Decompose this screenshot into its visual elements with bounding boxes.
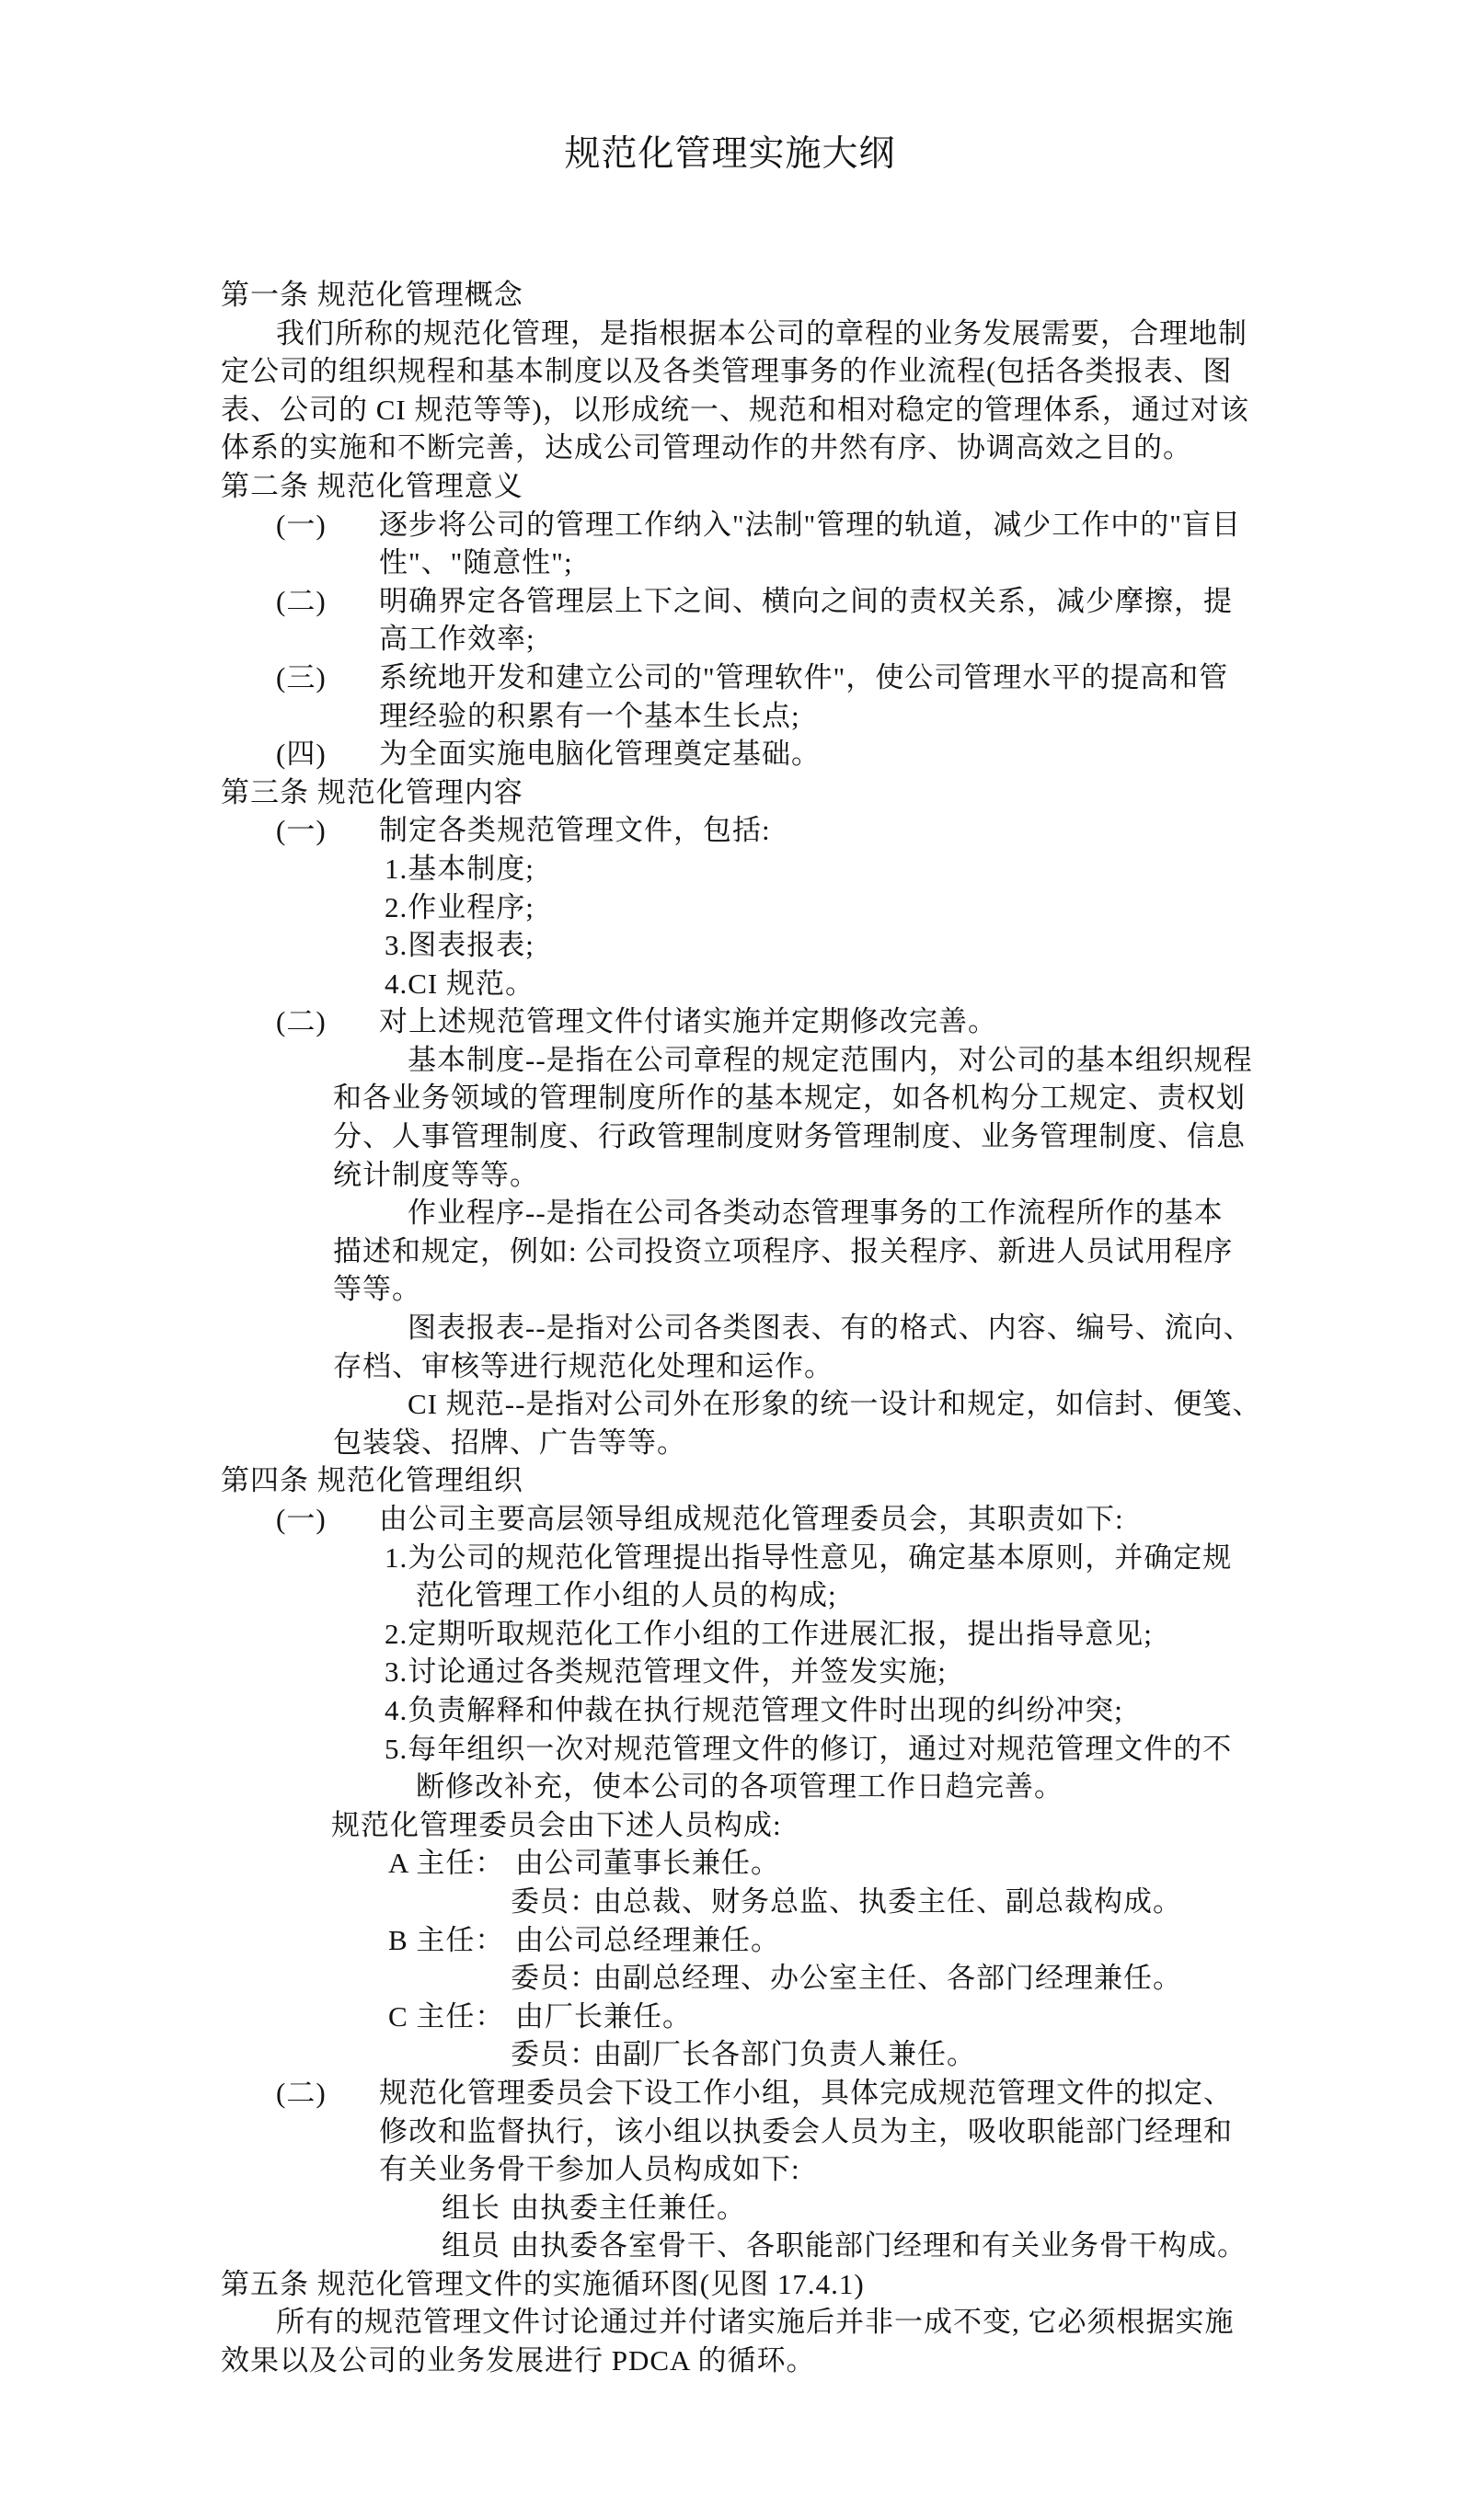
doc-line: 第五条 规范化管理文件的实施循环图(见图 17.4.1) [221,2265,1260,2304]
line-marker: (二) [276,582,327,621]
line-text: 3.讨论通过各类规范管理文件，并签发实施; [385,1653,947,1691]
line-text: CI 规范--是指对公司外在形象的统一设计和规定，如信封、便笺、 [408,1385,1261,1424]
line-text: 体系的实施和不断完善，达成公司管理动作的井然有序、协调高效之目的。 [221,429,1192,467]
line-text: 规范化管理委员会由下述人员构成: [331,1806,782,1845]
line-marker: (一) [276,506,327,544]
doc-line: 委员：由副总经理、办公室主任、各部门经理兼任。 [221,1959,1260,1998]
doc-line: (四)为全面实施电脑化管理奠定基础。 [221,735,1260,773]
line-text: 2.作业程序; [385,888,535,927]
line-text: 由执委各室骨干、各职能部门经理和有关业务骨干构成。 [511,2227,1247,2265]
line-text: 对上述规范管理文件付诸实施并定期修改完善。 [379,1002,997,1041]
line-marker: 委员： [511,1883,599,1921]
line-text: 第四条 规范化管理组织 [221,1461,523,1500]
document-title: 规范化管理实施大纲 [0,129,1460,180]
doc-line: 组员由执委各室骨干、各职能部门经理和有关业务骨干构成。 [221,2227,1260,2265]
line-marker: A 主任： [388,1844,504,1883]
doc-line: 断修改补充，使本公司的各项管理工作日趋完善。 [221,1768,1260,1806]
doc-line: 存档、审核等进行规范化处理和运作。 [221,1347,1260,1386]
line-text: 系统地开发和建立公司的"管理软件"，使公司管理水平的提高和管 [379,659,1228,697]
doc-line: 4.CI 规范。 [221,965,1260,1003]
line-text: 包装袋、招牌、广告等等。 [333,1424,686,1462]
doc-line: 范化管理工作小组的人员的构成; [221,1576,1260,1615]
line-text: 描述和规定，例如: 公司投资立项程序、报关程序、新进人员试用程序 [333,1232,1233,1271]
line-text: 修改和监督执行，该小组以执委会人员为主，吸收职能部门经理和 [379,2113,1233,2151]
line-text: 性"、"随意性"; [379,544,573,582]
doc-line: 有关业务骨干参加人员构成如下: [221,2150,1260,2189]
doc-line: 委员：由总裁、财务总监、执委主任、副总裁构成。 [221,1883,1260,1921]
line-text: 统计制度等等。 [333,1156,539,1195]
line-marker: B 主任： [388,1921,504,1960]
doc-line: 我们所称的规范化管理，是指根据本公司的章程的业务发展需要，合理地制 [221,315,1260,353]
doc-line: 组长由执委主任兼任。 [221,2189,1260,2228]
doc-line: 2.定期听取规范化工作小组的工作进展汇报，提出指导意见; [221,1615,1260,1654]
line-text: 第二条 规范化管理意义 [221,467,523,506]
doc-line: 表、公司的 CI 规范等等)，以形成统一、规范和相对稳定的管理体系，通过对该 [221,391,1260,430]
line-text: 由副厂长各部门负责人兼任。 [593,2035,976,2074]
doc-line: 第四条 规范化管理组织 [221,1461,1260,1500]
doc-line: 和各业务领域的管理制度所作的基本规定，如各机构分工规定、责权划 [221,1079,1260,1117]
doc-line: 第一条 规范化管理概念 [221,276,1260,315]
line-text: 由厂长兼任。 [515,1998,692,2036]
doc-line: 作业程序--是指在公司各类动态管理事务的工作流程所作的基本 [221,1194,1260,1232]
line-text: 逐步将公司的管理工作纳入"法制"管理的轨道，减少工作中的"盲目 [379,506,1241,544]
line-text: 由公司总经理兼任。 [515,1921,780,1960]
doc-line: (二)对上述规范管理文件付诸实施并定期修改完善。 [221,1002,1260,1041]
doc-line: (三)系统地开发和建立公司的"管理软件"，使公司管理水平的提高和管 [221,659,1260,697]
doc-line: 基本制度--是指在公司章程的规定范围内，对公司的基本组织规程 [221,1041,1260,1080]
line-marker: 组员 [442,2227,500,2265]
line-marker: (三) [276,659,327,697]
doc-line: 性"、"随意性"; [221,544,1260,582]
line-text: 有关业务骨干参加人员构成如下: [379,2150,800,2189]
doc-line: 图表报表--是指对公司各类图表、有的格式、内容、编号、流向、 [221,1309,1260,1347]
line-text: 由执委主任兼任。 [511,2189,746,2228]
line-text: 作业程序--是指在公司各类动态管理事务的工作流程所作的基本 [408,1194,1224,1232]
document-body: 第一条 规范化管理概念我们所称的规范化管理，是指根据本公司的章程的业务发展需要，… [221,276,1260,2380]
line-text: 所有的规范管理文件讨论通过并付诸实施后并非一成不变, 它必须根据实施 [276,2303,1235,2342]
doc-line: 统计制度等等。 [221,1156,1260,1195]
line-marker: (一) [276,1500,327,1539]
line-text: 图表报表--是指对公司各类图表、有的格式、内容、编号、流向、 [408,1309,1253,1347]
line-marker: (二) [276,2074,327,2113]
line-text: 等等。 [333,1270,421,1309]
doc-line: 1.基本制度; [221,850,1260,888]
doc-line: CI 规范--是指对公司外在形象的统一设计和规定，如信封、便笺、 [221,1385,1260,1424]
document-page: 规范化管理实施大纲 第一条 规范化管理概念我们所称的规范化管理，是指根据本公司的… [0,0,1460,2520]
line-text: 制定各类规范管理文件，包括: [379,811,771,850]
doc-line: 3.图表报表; [221,926,1260,965]
line-marker: (二) [276,1002,327,1041]
line-marker: 委员： [511,1959,599,1998]
line-marker: C 主任： [388,1998,504,2036]
doc-line: 第三条 规范化管理内容 [221,773,1260,812]
line-marker: (一) [276,811,327,850]
line-marker: 委员： [511,2035,599,2074]
doc-line: 体系的实施和不断完善，达成公司管理动作的井然有序、协调高效之目的。 [221,429,1260,467]
line-text: 效果以及公司的业务发展进行 PDCA 的循环。 [221,2342,815,2380]
line-text: 高工作效率; [379,620,535,659]
doc-line: 2.作业程序; [221,888,1260,927]
doc-line: (一)由公司主要高层领导组成规范化管理委员会，其职责如下: [221,1500,1260,1539]
line-text: 由副总经理、办公室主任、各部门经理兼任。 [593,1959,1182,1998]
doc-line: 1.为公司的规范化管理提出指导性意见，确定基本原则，并确定规 [221,1539,1260,1577]
line-text: 1.基本制度; [385,850,535,888]
line-text: 表、公司的 CI 规范等等)，以形成统一、规范和相对稳定的管理体系，通过对该 [221,391,1249,430]
line-text: 4.负责解释和仲裁在执行规范管理文件时出现的纠纷冲突; [385,1691,1123,1730]
line-text: 分、人事管理制度、行政管理制度财务管理制度、业务管理制度、信息 [333,1117,1246,1156]
line-text: 2.定期听取规范化工作小组的工作进展汇报，提出指导意见; [385,1615,1153,1654]
line-text: 由公司董事长兼任。 [515,1844,780,1883]
doc-line: (二)规范化管理委员会下设工作小组，具体完成规范管理文件的拟定、 [221,2074,1260,2113]
doc-line: 规范化管理委员会由下述人员构成: [221,1806,1260,1845]
doc-line: 包装袋、招牌、广告等等。 [221,1424,1260,1462]
doc-line: B 主任：由公司总经理兼任。 [221,1921,1260,1960]
doc-line: 高工作效率; [221,620,1260,659]
doc-line: C 主任：由厂长兼任。 [221,1998,1260,2036]
doc-line: 分、人事管理制度、行政管理制度财务管理制度、业务管理制度、信息 [221,1117,1260,1156]
line-text: 和各业务领域的管理制度所作的基本规定，如各机构分工规定、责权划 [333,1079,1246,1117]
doc-line: 5.每年组织一次对规范管理文件的修订，通过对规范管理文件的不 [221,1730,1260,1769]
doc-line: (二)明确界定各管理层上下之间、横向之间的责权关系，减少摩擦，提 [221,582,1260,621]
line-text: 由公司主要高层领导组成规范化管理委员会，其职责如下: [379,1500,1124,1539]
line-text: 1.为公司的规范化管理提出指导性意见，确定基本原则，并确定规 [385,1539,1232,1577]
line-text: 3.图表报表; [385,926,535,965]
doc-line: 理经验的积累有一个基本生长点; [221,697,1260,736]
doc-line: 定公司的组织规程和基本制度以及各类管理事务的作业流程(包括各类报表、图 [221,352,1260,391]
line-text: 范化管理工作小组的人员的构成; [416,1576,837,1615]
line-text: 断修改补充，使本公司的各项管理工作日趋完善。 [416,1768,1063,1806]
line-text: 第五条 规范化管理文件的实施循环图(见图 17.4.1) [221,2265,865,2304]
doc-line: 所有的规范管理文件讨论通过并付诸实施后并非一成不变, 它必须根据实施 [221,2303,1260,2342]
line-text: 第三条 规范化管理内容 [221,773,523,812]
line-text: 由总裁、财务总监、执委主任、副总裁构成。 [593,1883,1182,1921]
doc-line: 4.负责解释和仲裁在执行规范管理文件时出现的纠纷冲突; [221,1691,1260,1730]
line-marker: 组长 [442,2189,500,2228]
line-text: 理经验的积累有一个基本生长点; [379,697,800,736]
doc-line: (一)制定各类规范管理文件，包括: [221,811,1260,850]
doc-line: 描述和规定，例如: 公司投资立项程序、报关程序、新进人员试用程序 [221,1232,1260,1271]
doc-line: 修改和监督执行，该小组以执委会人员为主，吸收职能部门经理和 [221,2113,1260,2151]
doc-line: A 主任：由公司董事长兼任。 [221,1844,1260,1883]
line-marker: (四) [276,735,327,773]
doc-line: 效果以及公司的业务发展进行 PDCA 的循环。 [221,2342,1260,2380]
doc-line: 等等。 [221,1270,1260,1309]
doc-line: (一)逐步将公司的管理工作纳入"法制"管理的轨道，减少工作中的"盲目 [221,506,1260,544]
doc-line: 第二条 规范化管理意义 [221,467,1260,506]
doc-line: 委员：由副厂长各部门负责人兼任。 [221,2035,1260,2074]
line-text: 基本制度--是指在公司章程的规定范围内，对公司的基本组织规程 [408,1041,1253,1080]
line-text: 第一条 规范化管理概念 [221,276,523,315]
doc-line: 3.讨论通过各类规范管理文件，并签发实施; [221,1653,1260,1691]
line-text: 定公司的组织规程和基本制度以及各类管理事务的作业流程(包括各类报表、图 [221,352,1232,391]
line-text: 明确界定各管理层上下之间、横向之间的责权关系，减少摩擦，提 [379,582,1233,621]
line-text: 我们所称的规范化管理，是指根据本公司的章程的业务发展需要，合理地制 [276,315,1247,353]
line-text: 为全面实施电脑化管理奠定基础。 [379,735,821,773]
line-text: 5.每年组织一次对规范管理文件的修订，通过对规范管理文件的不 [385,1730,1232,1769]
line-text: 存档、审核等进行规范化处理和运作。 [333,1347,833,1386]
line-text: 规范化管理委员会下设工作小组，具体完成规范管理文件的拟定、 [379,2074,1233,2113]
line-text: 4.CI 规范。 [385,965,535,1003]
